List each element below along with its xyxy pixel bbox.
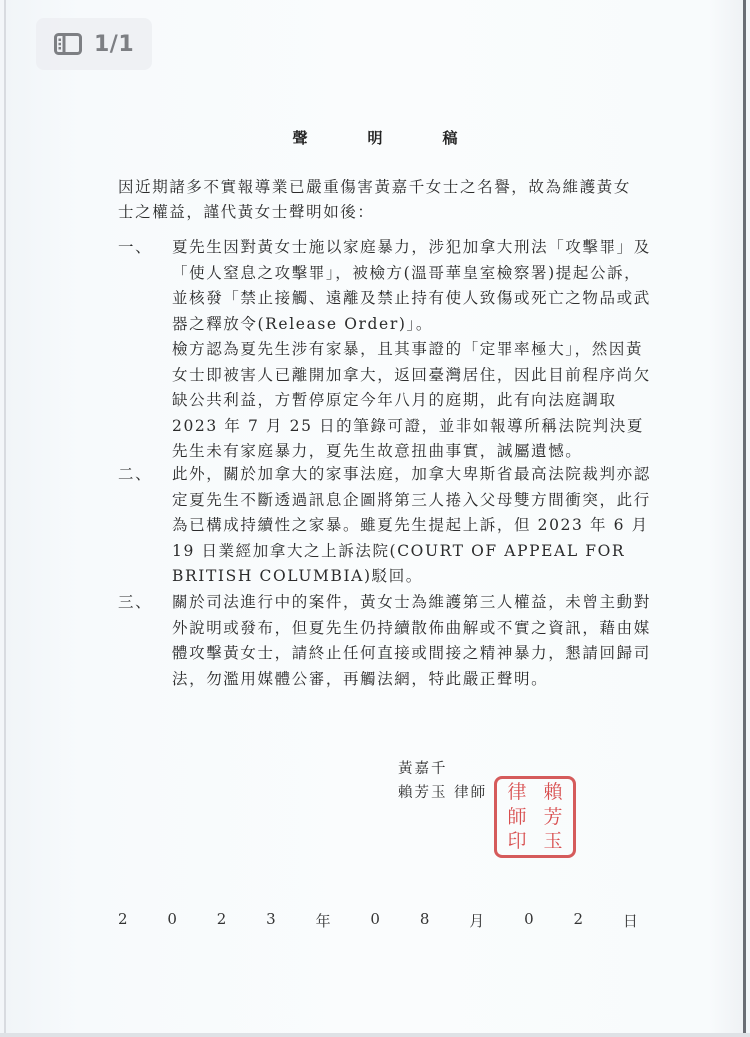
seal-char: 芳 bbox=[535, 805, 571, 830]
date-part: 0 bbox=[524, 910, 534, 931]
title-char: 聲 bbox=[292, 129, 307, 147]
page-bottom-edge bbox=[0, 1033, 750, 1037]
date-part: 2 bbox=[573, 910, 583, 931]
item-paragraph: 關於司法進行中的案件，黃女士為維護第三人權益，未曾主動對外說明或發布，但夏先生仍… bbox=[172, 590, 652, 692]
page-edge bbox=[743, 0, 746, 1037]
date-part: 8 bbox=[420, 910, 430, 931]
sidebar-panel-icon bbox=[54, 33, 82, 55]
signatory-name: 黃嘉千 bbox=[398, 757, 448, 778]
page-indicator-button[interactable]: 1/1 bbox=[36, 18, 152, 70]
date-part: 2 bbox=[217, 910, 227, 931]
seal-char: 律 bbox=[499, 780, 535, 805]
date-part: 3 bbox=[266, 910, 276, 931]
item-paragraph: 夏先生因對黃女士施以家庭暴力，涉犯加拿大刑法「攻擊罪」及「使人窒息之攻擊罪」，被… bbox=[172, 235, 652, 337]
intro-paragraph: 因近期諸多不實報導業已嚴重傷害黃嘉千女士之名譽，故為維護黃女士之權益，謹代黃女士… bbox=[118, 175, 648, 225]
page-indicator-label: 1/1 bbox=[94, 32, 134, 57]
item-body: 此外，關於加拿大的家事法庭，加拿大卑斯省最高法院裁判亦認定夏先生不斷透過訊息企圖… bbox=[172, 462, 652, 590]
date-part: 月 bbox=[469, 910, 484, 931]
item-body: 關於司法進行中的案件，黃女士為維護第三人權益，未曾主動對外說明或發布，但夏先生仍… bbox=[172, 590, 652, 692]
seal-char: 玉 bbox=[535, 829, 571, 854]
date-part: 日 bbox=[623, 910, 638, 931]
seal-char: 印 bbox=[499, 829, 535, 854]
item-number: 一、 bbox=[118, 235, 152, 261]
seal-char: 賴 bbox=[535, 780, 571, 805]
document-date: 2 0 2 3 年 0 8 月 0 2 日 bbox=[118, 910, 638, 931]
title-char: 明 bbox=[367, 129, 382, 147]
item-paragraph: 檢方認為夏先生涉有家暴，且其事證的「定罪率極大」，然因黃女士即被害人已離開加拿大… bbox=[172, 337, 652, 465]
seal-char: 師 bbox=[499, 805, 535, 830]
title-char: 稿 bbox=[443, 129, 458, 147]
date-part: 0 bbox=[370, 910, 380, 931]
item-number: 三、 bbox=[118, 590, 152, 616]
date-part: 2 bbox=[118, 910, 128, 931]
date-part: 0 bbox=[167, 910, 177, 931]
date-part: 年 bbox=[316, 910, 331, 931]
attorney-signature: 賴芳玉 律師 bbox=[398, 781, 487, 802]
item-paragraph: 此外，關於加拿大的家事法庭，加拿大卑斯省最高法院裁判亦認定夏先生不斷透過訊息企圖… bbox=[172, 462, 652, 590]
item-body: 夏先生因對黃女士施以家庭暴力，涉犯加拿大刑法「攻擊罪」及「使人窒息之攻擊罪」，被… bbox=[172, 235, 652, 465]
document-title: 聲明稿 bbox=[0, 127, 750, 148]
lawyer-seal-stamp: 律 師 印 賴 芳 玉 bbox=[494, 776, 576, 858]
item-number: 二、 bbox=[118, 462, 152, 488]
